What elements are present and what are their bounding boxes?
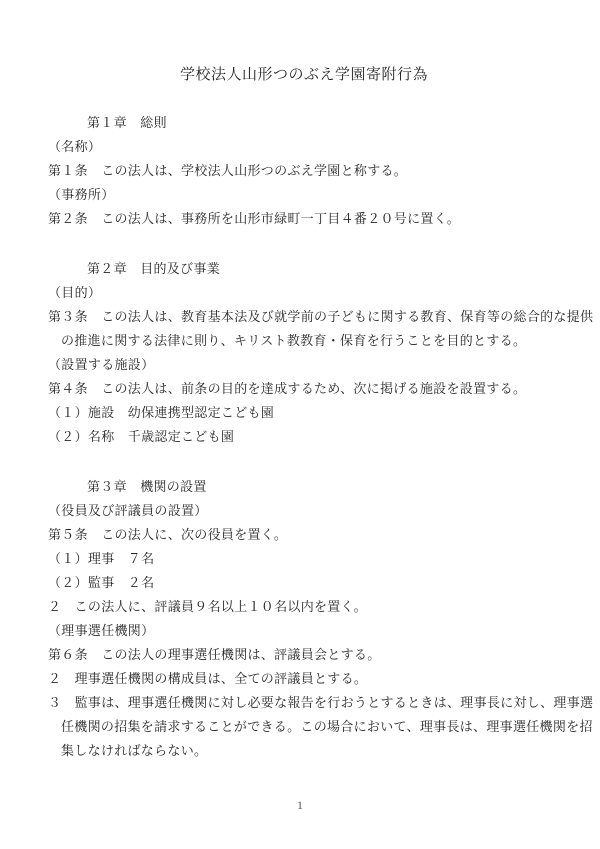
chapter-heading: 第１章 総則 [48, 111, 560, 135]
item-line: （１）施設 幼保連携型認定こども園 [48, 401, 560, 425]
article-line: 第５条 この法人に、次の役員を置く。 [48, 523, 560, 547]
chapter-heading: 第２章 目的及び事業 [48, 257, 560, 281]
document-title: 学校法人山形つのぶえ学園寄附行為 [48, 63, 560, 87]
article-line: 第１条 この法人は、学校法人山形つのぶえ学園と称する。 [48, 159, 560, 183]
article-line: 第６条 この法人の理事選任機関は、評議員会とする。 [48, 643, 560, 667]
continuation-line: の推進に関する法律に則り、キリスト教教育・保育を行うことを目的とする。 [48, 329, 560, 353]
paragraph-line: ２ この法人に、評議員９名以上１０名以内を置く。 [48, 595, 560, 619]
clause-heading: （理事選任機関） [48, 619, 560, 643]
article-line: 第３条 この法人は、教育基本法及び就学前の子どもに関する教育、保育等の総合的な提… [48, 305, 560, 329]
clause-heading: （役員及び評議員の設置） [48, 499, 560, 523]
document-page: 学校法人山形つのぶえ学園寄附行為 第１章 総則 （名称） 第１条 この法人は、学… [0, 0, 600, 849]
paragraph-line: ２ 理事選任機関の構成員は、全ての評議員とする。 [48, 667, 560, 691]
continuation-line: 任機関の招集を請求することができる。この場合において、理事長は、理事選任機関を招 [48, 715, 560, 739]
clause-heading: （事務所） [48, 183, 560, 207]
continuation-line: 集しなければならない。 [48, 739, 560, 763]
clause-heading: （名称） [48, 135, 560, 159]
clause-heading: （設置する施設） [48, 353, 560, 377]
clause-heading: （目的） [48, 281, 560, 305]
item-line: （１）理事 ７名 [48, 547, 560, 571]
article-line: 第４条 この法人は、前条の目的を達成するため、次に掲げる施設を設置する。 [48, 377, 560, 401]
paragraph-line: ３ 監事は、理事選任機関に対し必要な報告を行おうとするときは、理事長に対し、理事… [48, 691, 560, 715]
item-line: （２）名称 千歳認定こども園 [48, 425, 560, 449]
chapter-heading: 第３章 機関の設置 [48, 475, 560, 499]
page-number: 1 [0, 797, 600, 813]
item-line: （２）監事 ２名 [48, 571, 560, 595]
article-line: 第２条 この法人は、事務所を山形市緑町一丁目４番２０号に置く。 [48, 207, 560, 231]
